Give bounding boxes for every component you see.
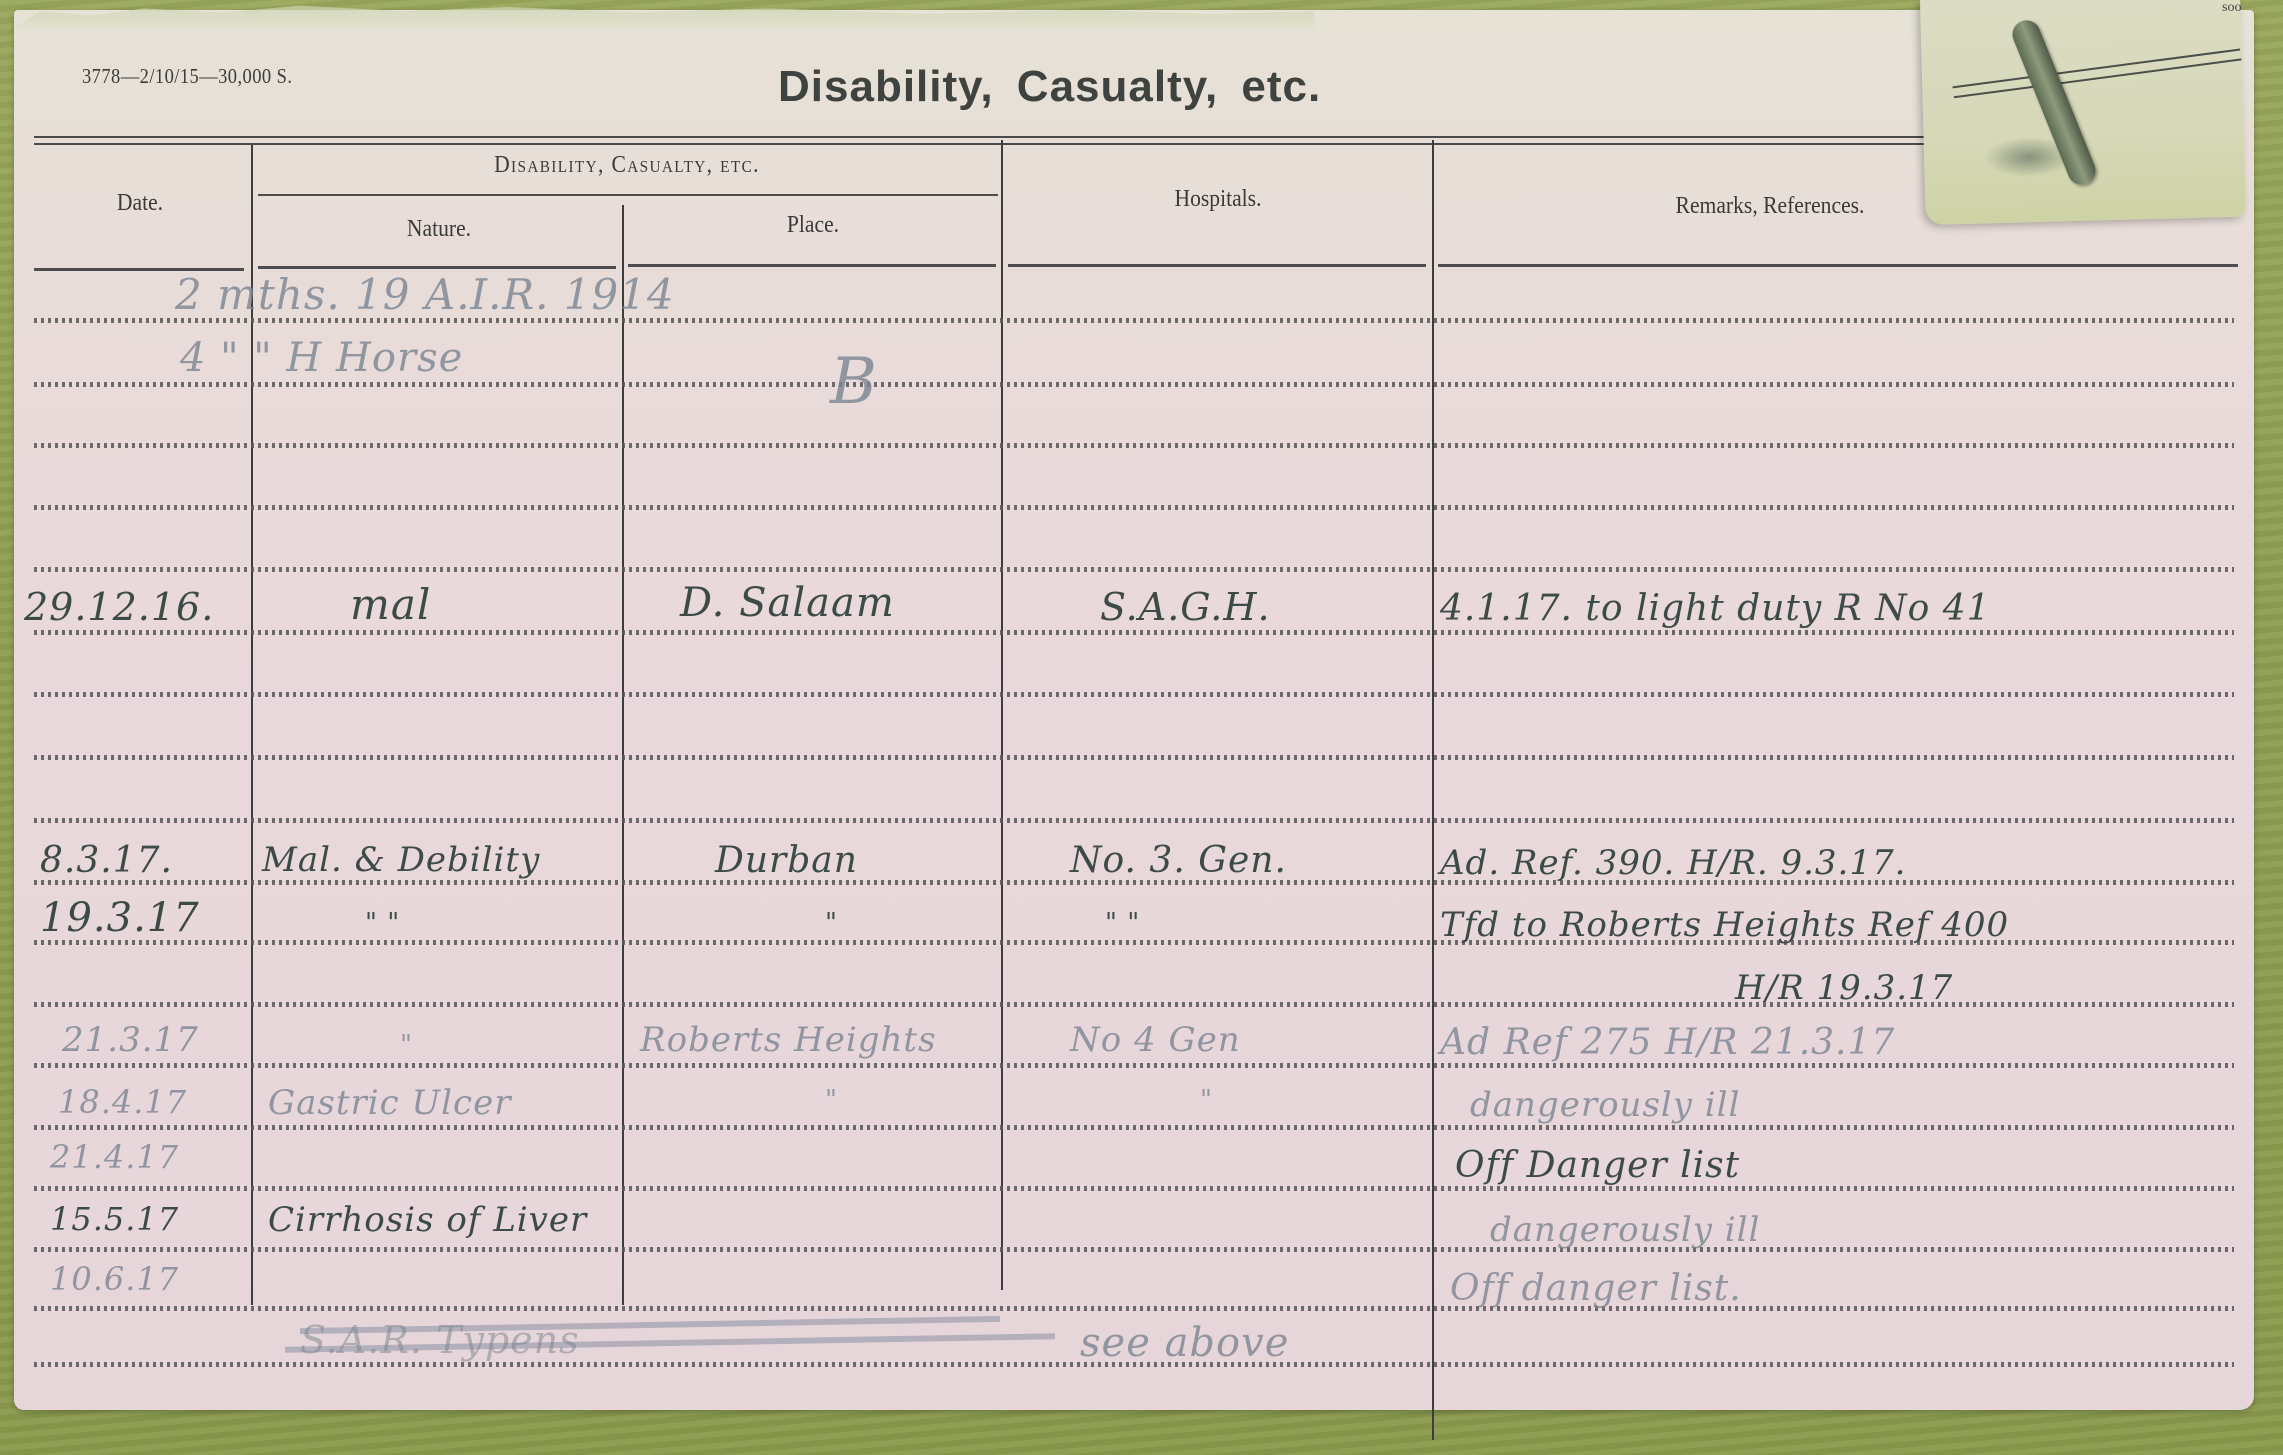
pencil-note-line1: 2 mths. 19 A.I.R. 1914: [175, 270, 675, 319]
header-hospitals: Hospitals.: [1029, 186, 1407, 213]
pencil-initials: B: [830, 345, 878, 419]
ruled-line: [34, 755, 2234, 760]
header-disability-group: Disability, Casualty, etc.: [299, 152, 956, 179]
entry-nature: Mal. & Debility: [262, 840, 540, 880]
entry-hospital: S.A.G.H.: [1100, 585, 1271, 629]
entry-nature: mal: [350, 580, 431, 629]
header-rule-hospitals: [1008, 264, 1426, 267]
entry-place: D. Salaam: [680, 580, 895, 626]
entry-nature: ": [400, 1030, 413, 1060]
pencil-note-line2: 4 " " H Horse: [180, 335, 463, 381]
title-rule-top: [34, 136, 1934, 138]
col-divider-place-hospitals: [1001, 140, 1003, 1290]
ruled-line: [34, 443, 2234, 448]
form-print-code: 3778—2/10/15—30,000 S.: [82, 64, 292, 89]
header-rule-place: [628, 264, 996, 267]
entry-date: 21.4.17: [50, 1138, 179, 1176]
entry-hospital: " ": [1105, 908, 1140, 938]
card-title: Disability, Casualty, etc.: [778, 62, 1321, 112]
entry-place: ": [825, 1085, 838, 1115]
entry-remarks: dangerously ill: [1490, 1210, 1760, 1250]
header-place: Place.: [648, 212, 977, 239]
group-header-rule: [258, 194, 998, 196]
entry-place: Roberts Heights: [640, 1020, 937, 1060]
entry-date: 15.5.17: [50, 1200, 179, 1238]
header-rule-nature: [258, 266, 616, 269]
header-rule-remarks: [1438, 264, 2238, 267]
ruled-line: [34, 1125, 2234, 1130]
ruled-line: [34, 818, 2234, 823]
ruled-line: [34, 1306, 2234, 1311]
entry-hospital: ": [1200, 1085, 1213, 1115]
entry-date: 8.3.17.: [40, 840, 173, 881]
ruled-line: [34, 1063, 2234, 1068]
entry-place: Durban: [715, 840, 858, 881]
entry-remarks: H/R 19.3.17: [1735, 968, 1953, 1008]
col-divider-hospitals-remarks: [1432, 140, 1434, 1440]
entry-remarks: Tfd to Roberts Heights Ref 400: [1440, 905, 2009, 945]
slip-corner-text: soo: [2222, 0, 2241, 16]
ruled-line: [34, 505, 2234, 510]
header-date: Date.: [50, 190, 230, 217]
entry-date: 19.3.17: [40, 895, 200, 941]
ruled-line: [34, 567, 2234, 572]
ruled-line: [34, 382, 2234, 387]
ruled-line: [34, 692, 2234, 697]
entry-remarks: dangerously ill: [1470, 1085, 1740, 1125]
entry-remarks: 4.1.17. to light duty R No 41: [1440, 588, 1991, 629]
entry-hospital: No. 3. Gen.: [1070, 840, 1287, 881]
title-rule-bottom: [34, 143, 1934, 145]
slip-ruled-lines: [1952, 49, 2241, 99]
entry-nature: Cirrhosis of Liver: [268, 1200, 587, 1240]
ruled-line: [34, 1186, 2234, 1191]
entry-date: 18.4.17: [58, 1083, 187, 1121]
entry-nature: Gastric Ulcer: [268, 1083, 511, 1123]
attached-slip: [1920, 0, 2246, 225]
see-above-note: see above: [1080, 1320, 1289, 1366]
entry-date: 21.3.17: [62, 1020, 199, 1060]
entry-date: 10.6.17: [50, 1260, 179, 1298]
entry-remarks: Off Danger list: [1455, 1145, 1740, 1186]
entry-nature: " ": [365, 908, 400, 938]
header-remarks: Remarks, References.: [1581, 193, 1959, 220]
ruled-line: [34, 630, 2234, 635]
entry-remarks: Ad Ref 275 H/R 21.3.17: [1440, 1022, 1895, 1063]
entry-remarks: Off danger list.: [1450, 1268, 1742, 1309]
entry-remarks: Ad. Ref. 390. H/R. 9.3.17.: [1440, 843, 1906, 883]
header-nature: Nature.: [280, 216, 599, 243]
entry-date: 29.12.16.: [24, 585, 214, 629]
entry-hospital: No 4 Gen: [1070, 1020, 1241, 1060]
entry-place: ": [825, 908, 838, 938]
ruled-line: [34, 1247, 2234, 1252]
